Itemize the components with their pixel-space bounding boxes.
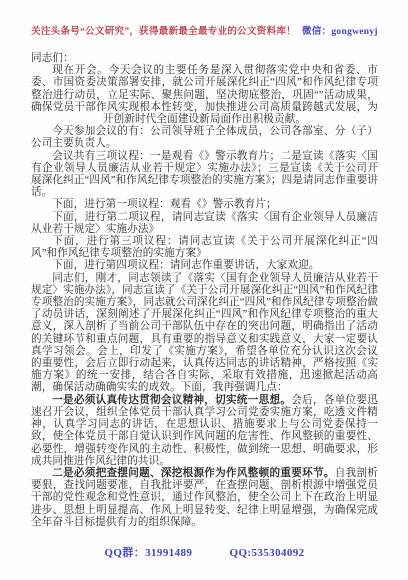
promo-header-red-text: 关注头条号“公文研究”，获得最新最全最专业的公文资料库！ — [31, 27, 296, 37]
qq-group-number: QQ群：31991489 — [104, 547, 192, 559]
promo-footer: QQ群：31991489 QQ:535304092 — [31, 544, 378, 560]
paragraph: 同志们： — [31, 53, 378, 65]
paragraph-lead-bold: 一是必须认真传达贯彻会议精神，切实统一思想。 — [52, 395, 291, 406]
qq-number: QQ:535304092 — [230, 547, 305, 559]
paragraph: 下面，进行第二项议程，请同志宣读《落实〈国有企业领导人员廉洁从业若干规定〉实施办… — [31, 212, 378, 236]
paragraph: 下面，进行第一项议程：观看《》警示教育片； — [31, 199, 378, 211]
paragraph: 二是必须把查摆问题、深挖根源作为作风整顿的重要环节。自我剖析要狠，查找问题要准，… — [31, 468, 378, 529]
paragraph: 同志们，刚才，同志领读了《落实〈国有企业领导人员廉洁从业若干规定〉实施办法》，同… — [31, 273, 378, 395]
paragraph-lead-bold: 二是必须把查摆问题、深挖根源作为作风整顿的重要环节。 — [52, 468, 335, 479]
paragraph: 下面，进行第四项议程：请同志作重要讲话，大家欢迎。 — [31, 260, 378, 272]
paragraph: 一是必须认真传达贯彻会议精神，切实统一思想。会后，各单位要迅速召开会议，组织全体… — [31, 395, 378, 468]
paragraph: 下面，进行第三项议程：请同志宣读《关于公司开展深化纠正“四风”和作风纪律专项整治… — [31, 236, 378, 260]
paragraph: 现在开会。今天会议的主要任务是深入贯彻落实党中央和省委、市委、市国资委决策部署安… — [31, 65, 378, 126]
paragraph-text: 今天参加会议的有：公司领导班子全体成员，公司各部室、分（子）公司主要负责人。 — [31, 126, 378, 149]
paragraph-text: 现在开会。今天会议的主要任务是深入贯彻落实党中央和省委、市委、市国资委决策部署安… — [31, 65, 378, 125]
document-page: 关注头条号“公文研究”，获得最新最全最专业的公文资料库！微信：gongwenyj… — [0, 0, 408, 580]
paragraph-text: 同志们： — [31, 53, 74, 64]
paragraph-text: 下面，进行第二项议程，请同志宣读《落实〈国有企业领导人员廉洁从业若干规定〉实施办… — [31, 212, 378, 235]
paragraph-text: 下面，进行第四项议程：请同志作重要讲话，大家欢迎。 — [52, 260, 319, 271]
paragraph-text: 同志们，刚才，同志领读了《落实〈国有企业领导人员廉洁从业若干规定〉实施办法》，同… — [31, 273, 378, 394]
paragraph-text: 下面，进行第一项议程：观看《》警示教育片； — [52, 199, 277, 210]
promo-header-wechat-text: 微信：gongwenyj — [302, 27, 378, 37]
promo-header: 关注头条号“公文研究”，获得最新最全最专业的公文资料库！微信：gongwenyj — [31, 26, 378, 39]
paragraph: 会议共有三项议程：一是观看《》警示教育片；二是宣读《落实〈国有企业领导人员廉洁从… — [31, 151, 378, 200]
paragraph-text: 下面，进行第三项议程：请同志宣读《关于公司开展深化纠正“四风”和作风纪律专项整治… — [31, 236, 378, 259]
paragraph-text: 会议共有三项议程：一是观看《》警示教育片；二是宣读《落实〈国有企业领导人员廉洁从… — [31, 151, 378, 199]
document-body: 同志们：现在开会。今天会议的主要任务是深入贯彻落实党中央和省委、市委、市国资委决… — [31, 53, 378, 529]
paragraph: 今天参加会议的有：公司领导班子全体成员，公司各部室、分（子）公司主要负责人。 — [31, 126, 378, 150]
